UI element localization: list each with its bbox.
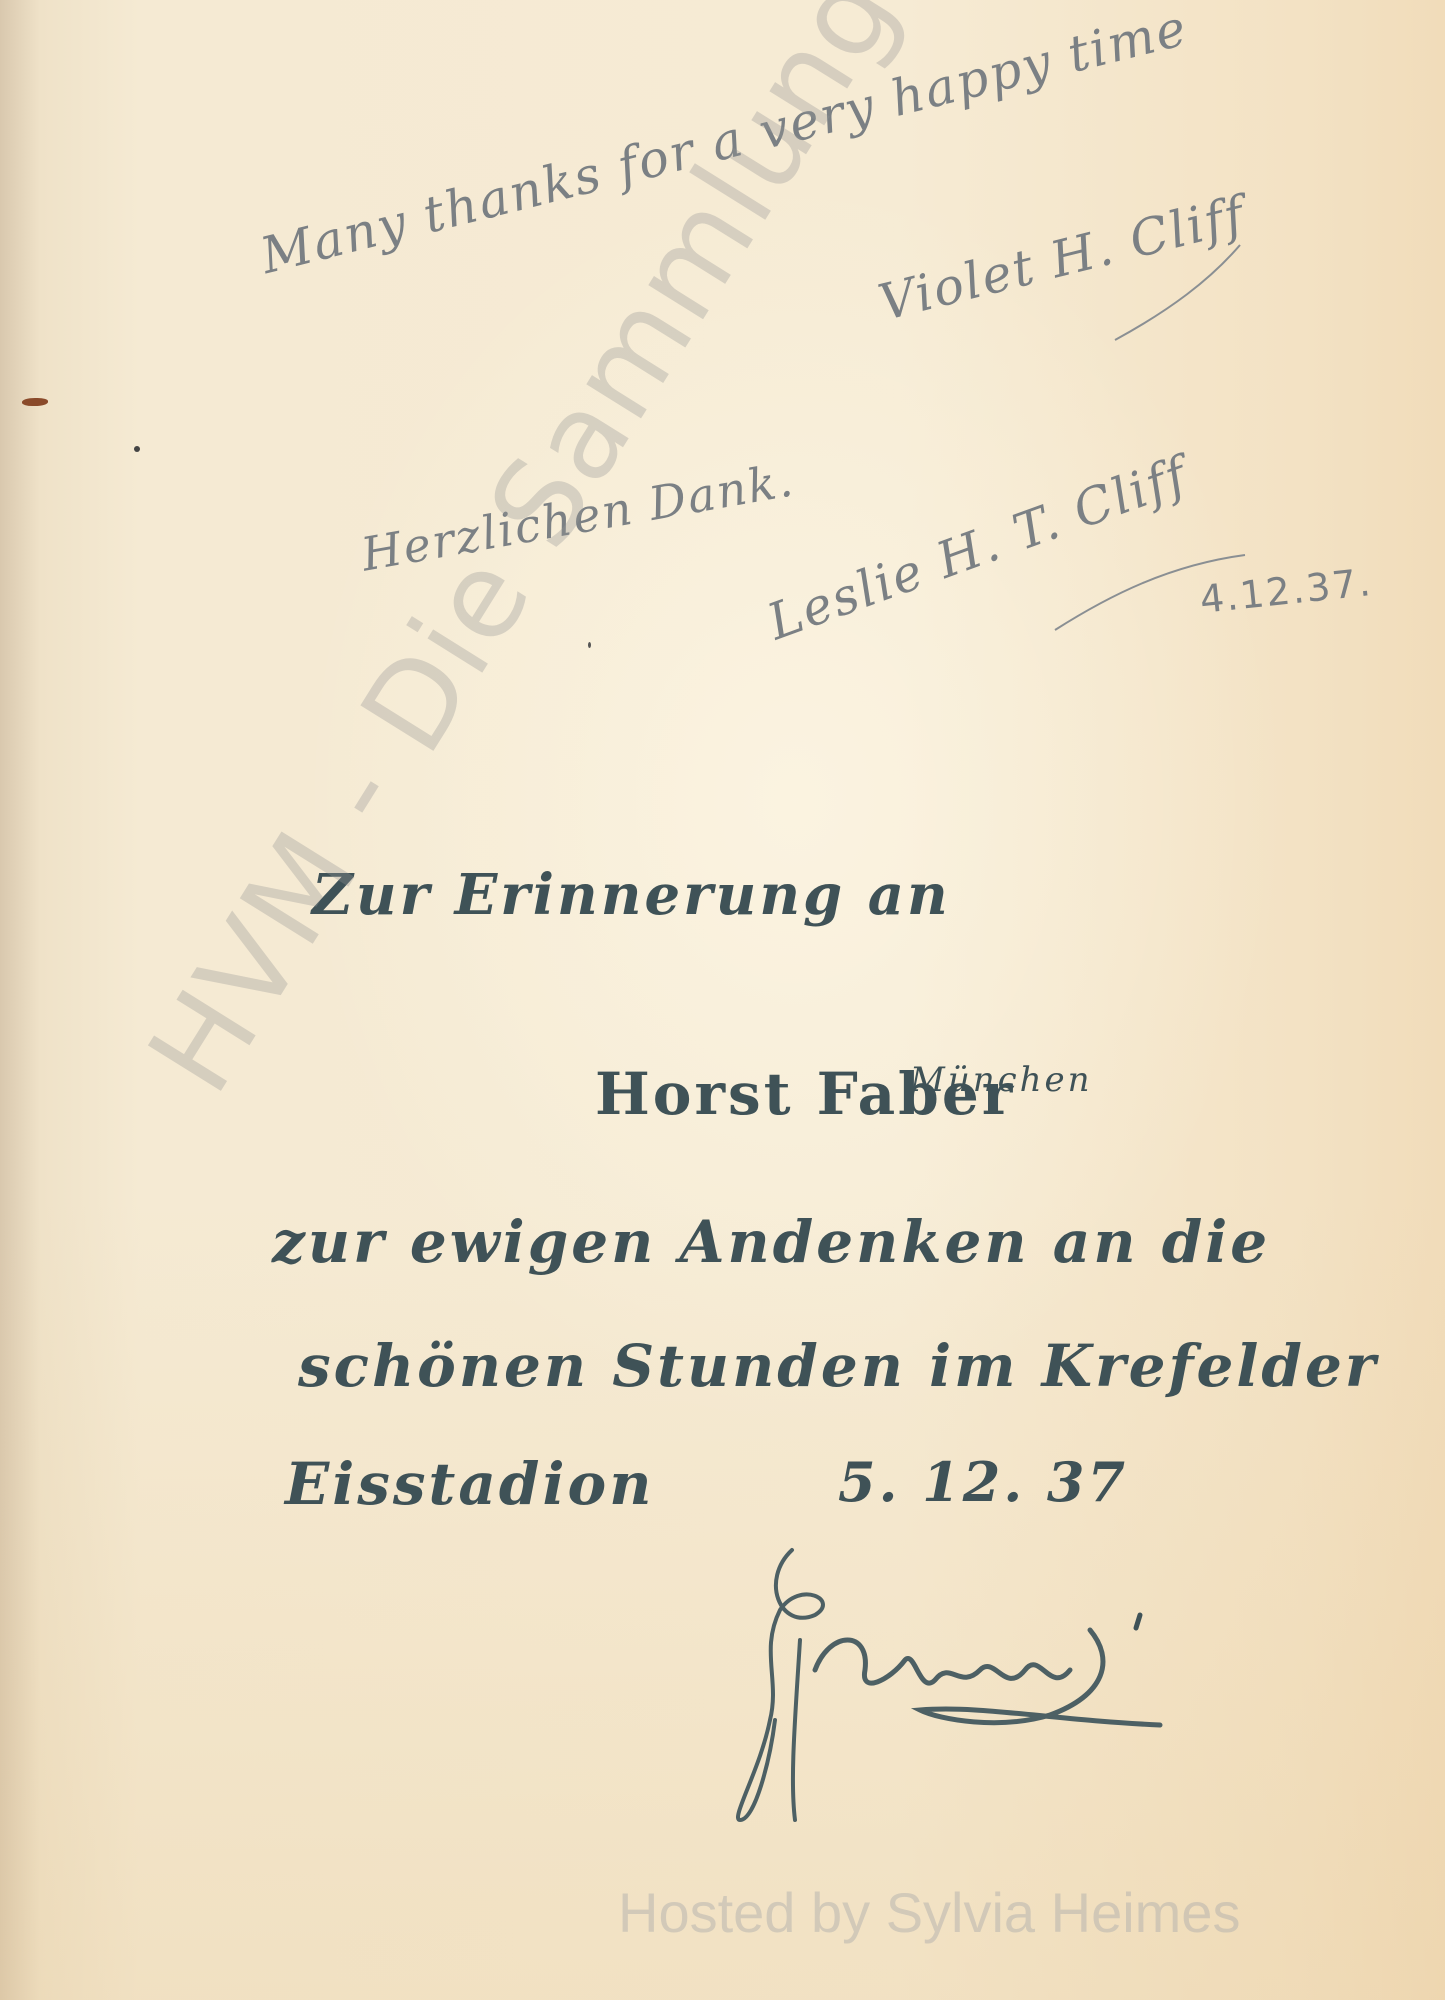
watermark-hosted-by: Hosted by Sylvia Heimes <box>618 1880 1240 1945</box>
paper-speck <box>588 642 591 648</box>
paper-speck <box>134 446 140 452</box>
leslie-signature-underline <box>1050 545 1250 635</box>
entry-faber-place: München <box>910 1060 1093 1100</box>
entry-eisstadion-date: 5. 12. 37 <box>838 1450 1128 1514</box>
violet-signature-underline <box>1110 240 1250 350</box>
jaenecke-signature-flourish <box>720 1520 1180 1840</box>
paper-stain <box>22 398 48 406</box>
entry-eisstadion-signature: G. Jaenecke <box>860 1600 866 1601</box>
entry-faber-text: Zur Erinnerung an <box>312 862 951 928</box>
entry-eisstadion-line-1: zur ewigen Andenken an die <box>272 1208 1270 1276</box>
entry-eisstadion-line-2: schönen Stunden im Krefelder <box>298 1332 1378 1400</box>
entry-eisstadion-line-3: Eisstadion <box>285 1450 654 1518</box>
